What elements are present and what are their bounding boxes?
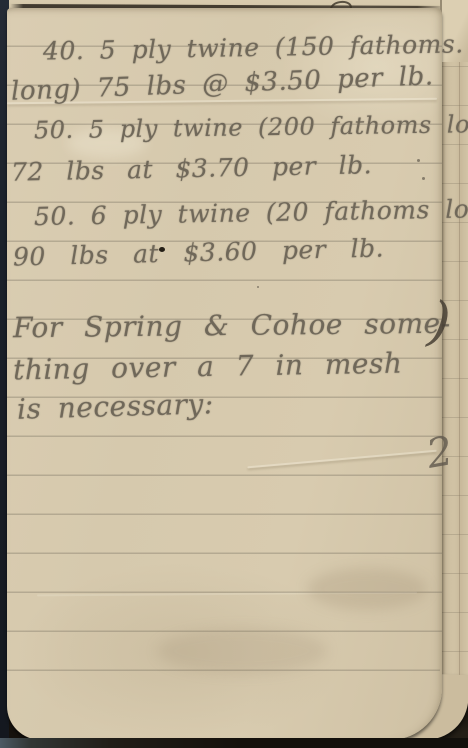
notebook-page: 40. 5 ply twine (150 fathoms. long) 75 l… <box>7 8 442 740</box>
notebook-photo: { "document": { "kind_label": "handwritt… <box>0 0 468 748</box>
bottom-cover-strip <box>0 738 468 748</box>
ink-dot <box>159 247 165 252</box>
handwriting-line-3: 50. 5 ply twine (200 fathoms long) <box>34 110 468 145</box>
pencil-speck <box>257 286 259 288</box>
handwriting-line-9: is necessary: <box>17 387 215 425</box>
pencil-speck <box>417 159 420 162</box>
pencil-speck <box>422 177 425 180</box>
handwriting-line-7: For Spring & Cohoe some- <box>13 307 451 345</box>
paper-stain <box>307 568 427 610</box>
paper-stain <box>157 628 327 674</box>
handwriting-line-8: thing over a 7 in mesh <box>13 347 403 387</box>
